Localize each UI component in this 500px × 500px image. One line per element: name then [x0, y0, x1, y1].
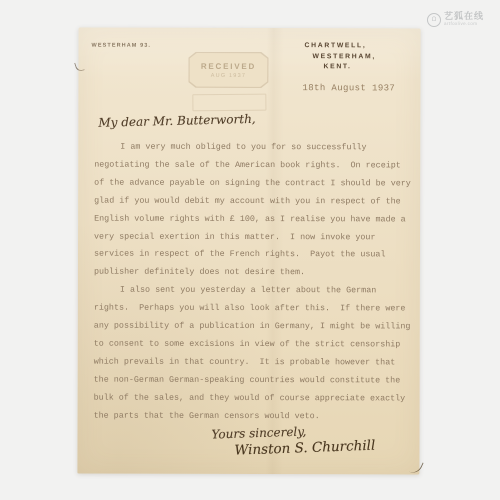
- watermark-en-label: artfoxlive.com: [444, 21, 484, 27]
- received-stamp-text: RECEIVED: [201, 61, 256, 70]
- address-line: KENT.: [323, 62, 375, 73]
- letter-date: 18th August 1937: [302, 83, 395, 93]
- closing: Yours sincerely,: [211, 425, 306, 442]
- received-stamp-face: RECEIVED AUG 1937: [190, 53, 268, 87]
- address-line: CHARTWELL,: [305, 41, 376, 52]
- signature: Winston S. Churchill: [234, 438, 375, 459]
- letter-body: I am very much obliged to you for so suc…: [94, 139, 416, 426]
- pencil-mark: [74, 61, 85, 73]
- fox-glyph: ᘯ: [432, 17, 437, 23]
- fox-logo-icon: ᘯ: [427, 13, 441, 27]
- paragraph: I am very much obliged to you for so suc…: [94, 139, 415, 283]
- letter-sheet: WESTERHAM 93. RECEIVED AUG 1937 CHARTWEL…: [77, 28, 420, 475]
- received-stamp-date: AUG 1937: [211, 72, 246, 78]
- salutation: My dear Mr. Butterworth,: [98, 112, 256, 130]
- signature-flourish: [405, 457, 424, 476]
- letterhead-address: CHARTWELL, WESTERHAM, KENT.: [304, 41, 376, 73]
- received-stamp: RECEIVED AUG 1937: [188, 52, 268, 88]
- letterhead-phone: WESTERHAM 93.: [92, 43, 152, 49]
- auction-photo-letter: ᘯ 艺狐在线 artfoxlive.com WESTERHAM 93. RECE…: [0, 0, 500, 500]
- address-line: WESTERHAM,: [312, 52, 375, 63]
- watermark: ᘯ 艺狐在线 artfoxlive.com: [427, 12, 484, 27]
- watermark-text: 艺狐在线 artfoxlive.com: [444, 12, 484, 27]
- watermark-cn-label: 艺狐在线: [444, 12, 484, 21]
- embossed-stamp-outline: [192, 94, 266, 112]
- paragraph: I also sent you yesterday a letter about…: [94, 282, 415, 426]
